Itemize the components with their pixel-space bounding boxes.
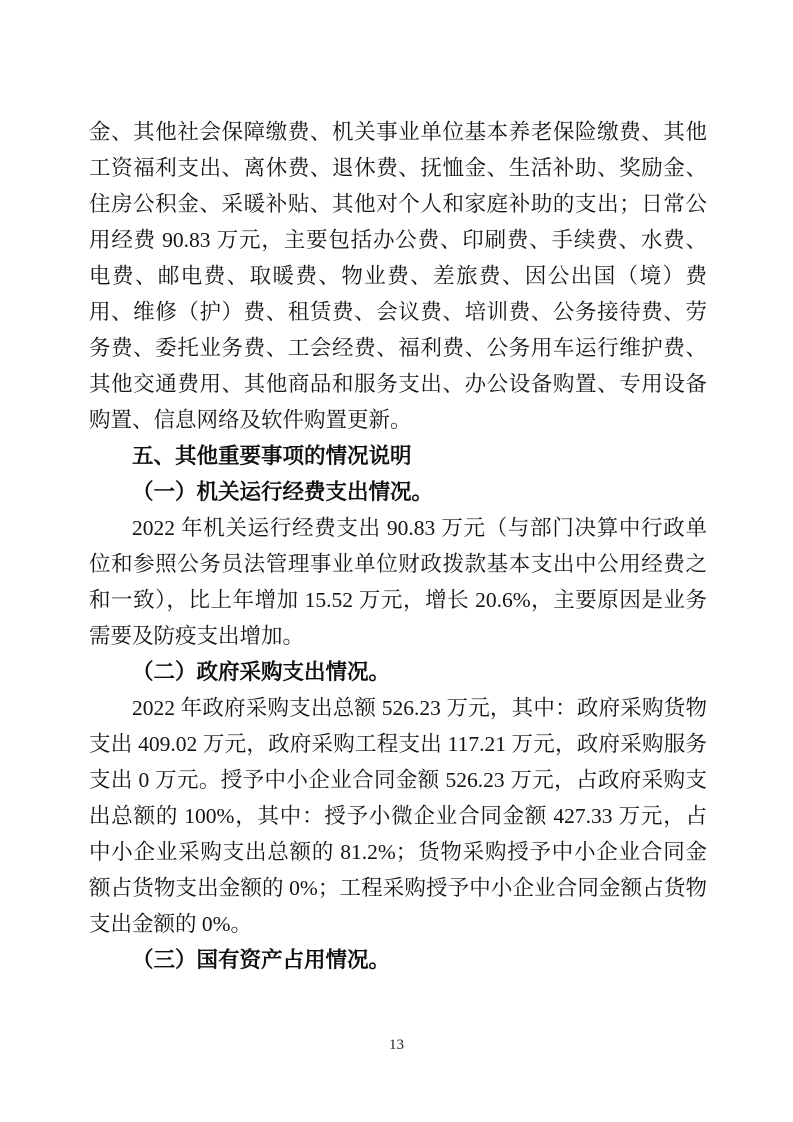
section-heading-other-important-matters: 五、其他重要事项的情况说明 [89, 438, 707, 474]
subsection-heading-agency-operating-expenses: （一）机关运行经费支出情况。 [89, 474, 707, 510]
subsection-heading-state-owned-assets: （三）国有资产占用情况。 [89, 942, 707, 978]
paragraph-agency-operating-expenses: 2022 年机关运行经费支出 90.83 万元（与部门决算中行政单位和参照公务员… [89, 510, 707, 654]
paragraph-government-procurement: 2022 年政府采购支出总额 526.23 万元，其中：政府采购货物支出 409… [89, 690, 707, 942]
page-number: 13 [389, 1037, 404, 1053]
page-footer: 13 [0, 1036, 793, 1054]
document-body: 金、其他社会保障缴费、机关事业单位基本养老保险缴费、其他工资福利支出、离休费、退… [89, 114, 707, 978]
subsection-heading-government-procurement: （二）政府采购支出情况。 [89, 654, 707, 690]
document-page: 金、其他社会保障缴费、机关事业单位基本养老保险缴费、其他工资福利支出、离休费、退… [0, 0, 793, 1122]
paragraph-daily-expenses-carryover: 金、其他社会保障缴费、机关事业单位基本养老保险缴费、其他工资福利支出、离休费、退… [89, 114, 707, 438]
